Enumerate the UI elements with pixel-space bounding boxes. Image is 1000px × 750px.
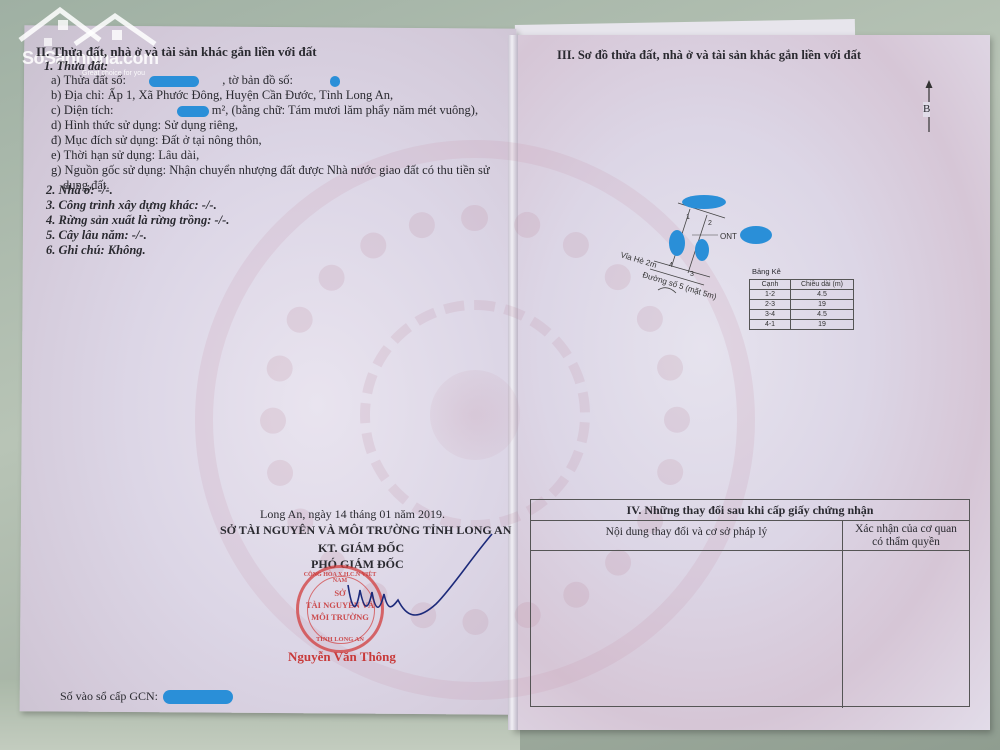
parcel-number-row: a) Thửa đất số: , tờ bản đồ số: (51, 73, 340, 88)
ledger-edge: 4-1 (750, 320, 791, 330)
usage-origin-row: g) Nguồn gốc sử dụng: Nhận chuyển nhượng… (51, 163, 490, 178)
map-sheet-redacted (330, 76, 340, 87)
confirmation-header-line-2: có thẩm quyền (843, 536, 969, 549)
parcel-number-label: a) Thửa đất số: (51, 73, 126, 87)
parcel-number-redacted (149, 76, 199, 87)
ledger-header-row: Cạnh Chiều dài (m) (750, 280, 854, 290)
ledger-length: 4.5 (791, 310, 854, 320)
table-row: 4-1 19 (750, 320, 854, 330)
land-type-label: ONT (720, 232, 737, 241)
ledger-edge: 2-3 (750, 300, 791, 310)
area-label: c) Diện tích: (51, 103, 113, 117)
registry-redacted (163, 690, 233, 704)
stamp-bottom-text: TỈNH LONG AN (299, 636, 381, 643)
area-redacted (177, 106, 209, 117)
ledger-length: 4.5 (791, 290, 854, 300)
book-spine (508, 35, 518, 730)
notes-item: 6. Ghi chú: Không. (46, 243, 146, 258)
place-date: Long An, ngày 14 tháng 01 năm 2019. (260, 507, 445, 522)
usage-form-row: d) Hình thức sử dụng: Sử dụng riêng, (51, 118, 238, 133)
north-arrow: B (924, 80, 934, 132)
point-3-label: 3 (690, 271, 694, 278)
house-item: 2. Nhà ở: -/-. (46, 183, 113, 198)
north-label: B (923, 102, 930, 117)
usage-purpose-row: đ) Mục đích sử dụng: Đất ở tại nông thôn… (51, 133, 262, 148)
map-sheet-label: , tờ bản đồ số: (222, 73, 293, 87)
point-4-label: 4 (669, 262, 673, 269)
edge-length-table: Cạnh Chiều dài (m) 1-2 4.5 2-3 19 3-4 4.… (749, 279, 854, 330)
sidewalk-label: Vỉa Hè 2m (619, 250, 658, 270)
perennial-trees-item: 5. Cây lâu năm: -/-. (46, 228, 147, 243)
changes-table-title: IV. Những thay đổi sau khi cấp giấy chứn… (531, 500, 969, 521)
usage-term-row: e) Thời hạn sử dụng: Lâu dài, (51, 148, 199, 163)
section-2-title: II. Thửa đất, nhà ở và tài sản khác gắn … (36, 44, 317, 59)
section-3-title: III. Sơ đồ thửa đất, nhà ở và tài sản kh… (557, 48, 861, 63)
area-words: m², (bằng chữ: Tám mươi lăm phẩy năm mét… (212, 103, 478, 117)
ledger-edge: 3-4 (750, 310, 791, 320)
ledger-header-length: Chiều dài (m) (791, 280, 854, 290)
area-row: c) Diện tích: m², (bằng chữ: Tám mươi lă… (51, 103, 478, 118)
changes-table-header: Nội dung thay đổi và cơ sở pháp lý Xác n… (531, 521, 969, 551)
ledger-header-edge: Cạnh (750, 280, 791, 290)
forest-item: 4. Rừng sản xuất là rừng trồng: -/-. (46, 213, 229, 228)
ledger-length: 19 (791, 300, 854, 310)
point-1-label: 1 (686, 214, 690, 221)
handwritten-signature (340, 530, 500, 620)
ledger-length: 19 (791, 320, 854, 330)
changes-table: IV. Những thay đổi sau khi cấp giấy chứn… (530, 499, 970, 707)
table-row: 1-2 4.5 (750, 290, 854, 300)
road-label: Đường số 5 (mặt 5m) (641, 270, 717, 301)
changes-confirmation-cell (843, 551, 969, 708)
changes-col-content-header: Nội dung thay đổi và cơ sở pháp lý (531, 521, 843, 550)
land-heading: 1. Thửa đất: (44, 59, 108, 74)
ledger-title: Bảng Kê (752, 264, 781, 279)
registry-label: Số vào sổ cấp GCN: (60, 689, 158, 703)
confirmation-header-line-1: Xác nhận của cơ quan (843, 523, 969, 536)
registry-number-row: Số vào sổ cấp GCN: (60, 689, 233, 704)
changes-content-cell (531, 551, 843, 708)
table-row: 3-4 4.5 (750, 310, 854, 320)
other-construction-item: 3. Công trình xây dựng khác: -/-. (46, 198, 217, 213)
changes-col-confirmation-header: Xác nhận của cơ quan có thẩm quyền (843, 521, 969, 550)
address-row: b) Địa chỉ: Ấp 1, Xã Phước Đông, Huyện C… (51, 88, 393, 103)
changes-table-body (531, 551, 969, 708)
signer-name: Nguyễn Văn Thông (288, 649, 396, 664)
table-row: 2-3 19 (750, 300, 854, 310)
ledger-edge: 1-2 (750, 290, 791, 300)
point-2-label: 2 (708, 220, 712, 227)
